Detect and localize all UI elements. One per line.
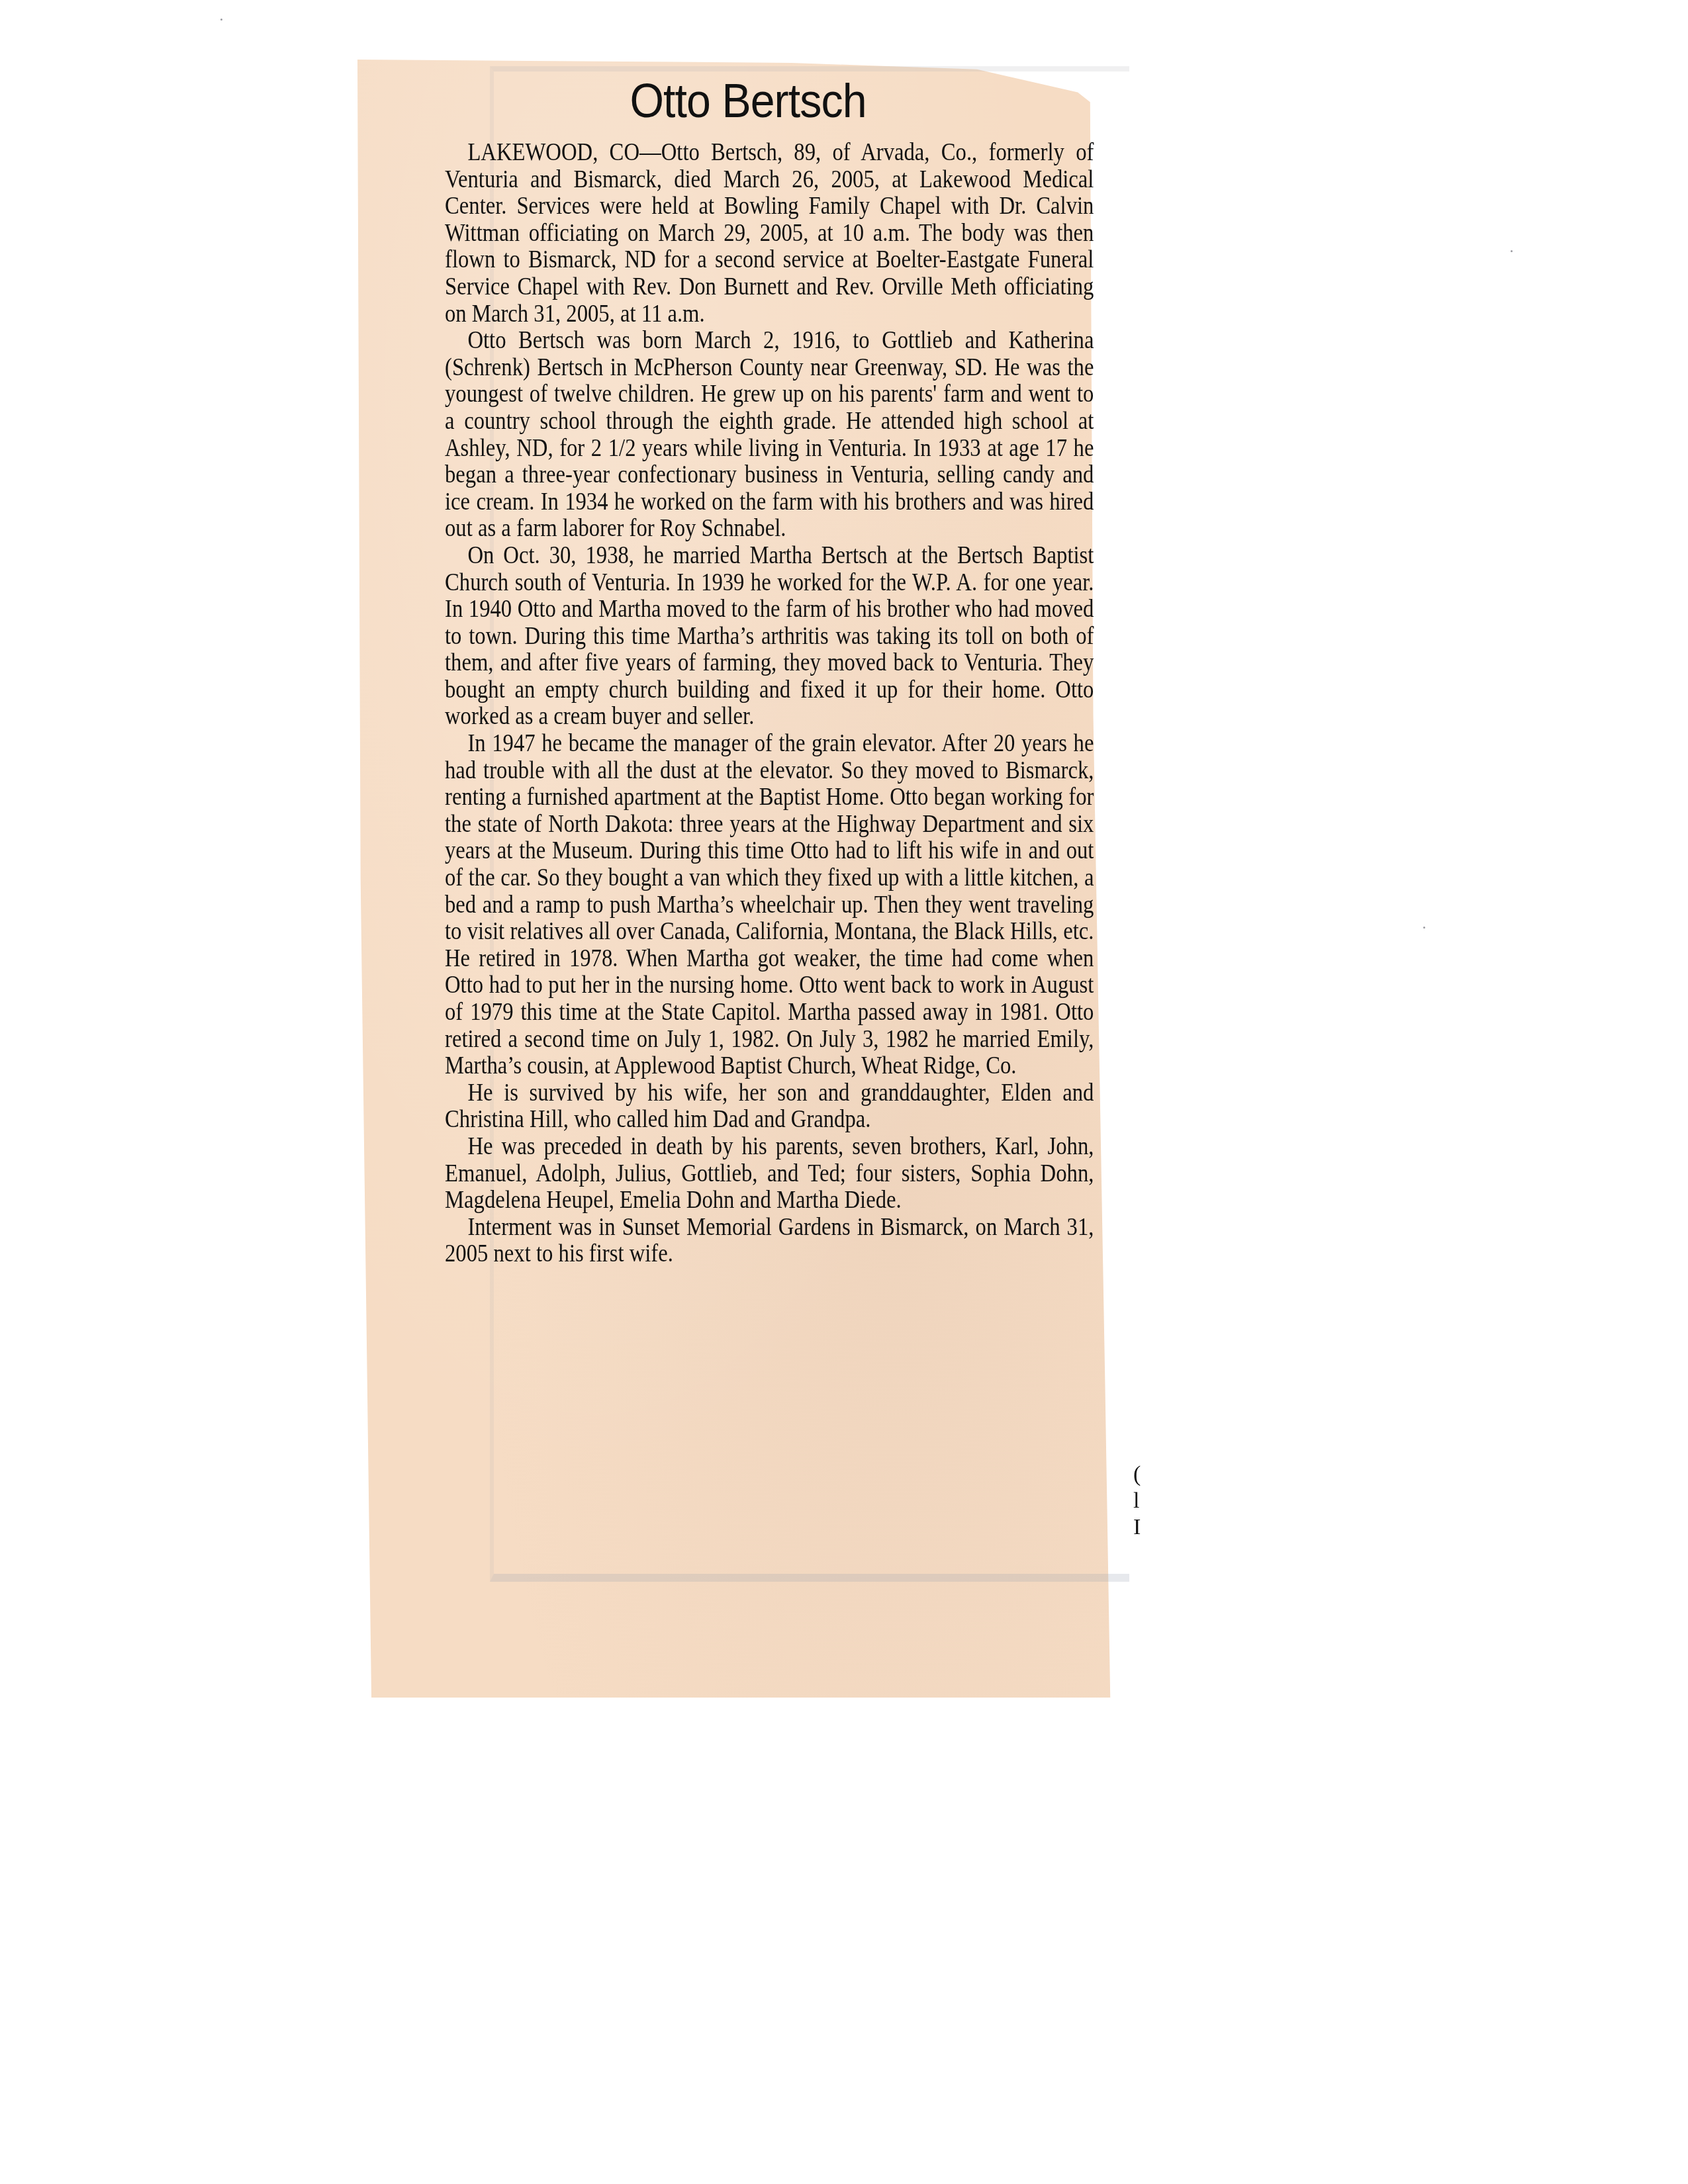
edge-fragment: I bbox=[1133, 1514, 1141, 1541]
paragraph-marriage: On Oct. 30, 1938, he married Martha Bert… bbox=[445, 542, 1094, 730]
paragraph-death-and-services: LAKEWOOD, CO—Otto Bertsch, 89, of Arvada… bbox=[445, 139, 1094, 327]
paragraph-survivors: He is survived by his wife, her son and … bbox=[445, 1079, 1094, 1133]
paragraph-preceded-in-death: He was preceded in death by his parents,… bbox=[445, 1133, 1094, 1214]
paragraph-interment: Interment was in Sunset Memorial Gardens… bbox=[445, 1214, 1094, 1267]
scan-speck bbox=[220, 19, 222, 21]
obituary-body: LAKEWOOD, CO—Otto Bertsch, 89, of Arvada… bbox=[445, 139, 1094, 1267]
edge-fragment: ( bbox=[1133, 1461, 1141, 1488]
paragraph-career: In 1947 he became the manager of the gra… bbox=[445, 730, 1094, 1079]
adjacent-column-fragments: ( l I bbox=[1133, 1461, 1141, 1541]
scan-speck bbox=[1511, 250, 1513, 252]
scan-speck bbox=[1423, 927, 1425, 929]
obituary-title: Otto Bertsch bbox=[389, 71, 1107, 131]
paragraph-early-life: Otto Bertsch was born March 2, 1916, to … bbox=[445, 327, 1094, 542]
edge-fragment: l bbox=[1133, 1488, 1141, 1514]
